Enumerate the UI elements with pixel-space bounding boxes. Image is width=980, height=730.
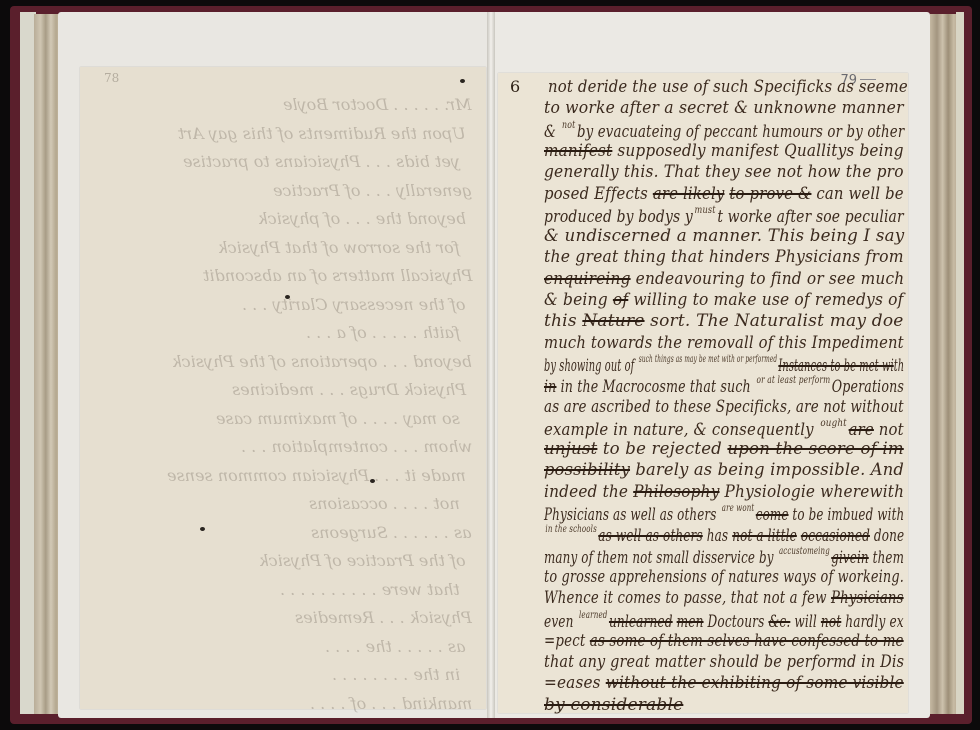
manuscript-line: & undiscerned a manner. This being I say (544, 226, 904, 246)
text-run: Physiologie wherewith (720, 482, 905, 502)
left-folio-mark: 78 (104, 71, 119, 85)
manuscript-line: posed Effects are likely to prove & can … (544, 184, 904, 204)
ghost-line: beyond . . . operations of the Physick (172, 352, 472, 371)
struck-text: are likely (653, 184, 725, 204)
manuscript-line: in in the Macrocosme that such or at lea… (544, 375, 904, 397)
struck-text: Philosophy (633, 482, 719, 502)
struck-text: to prove & (729, 184, 811, 204)
text-run: Doctours (704, 612, 769, 632)
text-run: not (874, 420, 904, 440)
manuscript-line: many of them not small disservice by acc… (544, 546, 904, 568)
text-run: to be imbued wi (789, 505, 892, 525)
interlinear-insertion: accustomeing (779, 546, 830, 557)
text-run: hardly ex (841, 612, 903, 632)
struck-text: enquireing (544, 269, 631, 289)
text-run: & (544, 122, 560, 142)
ghost-line: whom . . . contemplation . . . (241, 437, 472, 456)
manuscript-line: indeed the Philosophy Physiologie wherew… (544, 482, 904, 502)
text-run: not deride the use of such Specificks as… (548, 77, 908, 97)
struck-text: upon the score of im (727, 439, 903, 459)
manuscript-line: this Nature sort. The Naturalist may doe (544, 311, 904, 331)
ghost-line: Physick Drugs . . . medicines (232, 380, 466, 399)
struck-text: of (613, 290, 628, 310)
text-run: barely as being impossible. And (630, 460, 904, 480)
book-gutter (487, 12, 495, 718)
struck-text: without the exhibiting of some visible (606, 673, 904, 693)
text-run: that any great matter should be performd… (544, 652, 904, 672)
struck-text: not a little (732, 526, 797, 546)
text-run: by showing out of (544, 356, 638, 376)
text-run: Whence it comes to passe, that not a few (544, 588, 831, 608)
struck-text: unjust (544, 439, 597, 459)
interlinear-insertion: not (562, 120, 575, 131)
text-run: to worke after a secret & unknowne manne… (544, 98, 904, 118)
ghost-line: Mr. . . . . . Doctor Boyle (283, 95, 472, 114)
manuscript-line: much towards the removall of this Impedi… (544, 333, 904, 353)
struck-text: are (849, 420, 874, 440)
ghost-line: of the necessary Clarity . . . (242, 295, 466, 314)
ghost-line: generally . . . of Practice (273, 181, 472, 200)
struck-text: possibility (544, 460, 630, 480)
ghost-line: in the . . . . . . . . (332, 665, 460, 684)
struck-text: as well as others (598, 526, 702, 546)
text-run: t worke after soe peculiar (717, 207, 903, 227)
text-run: to grosse apprehensions of natures ways … (544, 567, 904, 587)
manuscript-line: by showing out of such things as may be … (544, 354, 904, 376)
right-page-stack (930, 14, 958, 714)
struck-text: &c. (768, 612, 790, 632)
text-run: has (703, 526, 732, 546)
struck-text: Instances to be met wi (778, 356, 893, 376)
struck-text: Nature (582, 311, 644, 331)
ghost-line: so may . . . . of maximum case (216, 409, 460, 428)
ghost-line: as . . . . . . Surgeons (311, 523, 472, 542)
text-run: willing to make use of remedys of (628, 290, 903, 310)
manuscript-line: not deride the use of such Specificks as… (548, 77, 908, 97)
interlinear-insertion: are wont (722, 503, 755, 514)
manuscript-line: the great thing that hinders Physicians … (544, 247, 904, 267)
manuscript-line: manifest supposedly manifest Quallitys b… (544, 141, 904, 161)
text-run: done (870, 526, 904, 546)
struck-text: givein (831, 548, 869, 568)
text-run: th (892, 505, 905, 525)
text-run: posed Effects (544, 184, 653, 204)
text-run: will (790, 612, 821, 632)
ghost-line: of the Practice of Physick (259, 551, 466, 570)
interlinear-insertion: ought (820, 418, 847, 429)
manuscript-line: in the schoolsas well as others has not … (544, 524, 904, 546)
ghost-line: that were . . . . . . . . . . (280, 580, 460, 599)
manuscript-line: & being of willing to make use of remedy… (544, 290, 904, 310)
struck-text: by considerable (544, 695, 683, 715)
text-run: generally this. That they see not how th… (544, 162, 904, 182)
manuscript-line: & notby evacuateing of peccant humours o… (544, 120, 904, 142)
text-run: sort. The Naturalist may doe (645, 311, 904, 331)
struck-text: manifest (544, 141, 612, 161)
ghost-line: beyond the . . . of physick (258, 209, 466, 228)
text-run: indeed the (544, 482, 633, 502)
text-run: & being (544, 290, 613, 310)
ink-spot (460, 79, 465, 83)
manuscript-line: =pect as some of them selves have confes… (544, 631, 904, 651)
ghost-line: as . . . . . the . . . . (325, 637, 466, 656)
text-run: & undiscerned a manner. This being I say (544, 226, 904, 246)
ghost-line: mankind . . . of . . . . (310, 694, 472, 713)
text-run: produced by bodys y (544, 207, 693, 227)
interlinear-insertion: or at least perform (756, 375, 830, 386)
manuscript-line: to grosse apprehensions of natures ways … (544, 567, 904, 587)
text-run: endeavouring to find or see much (631, 269, 905, 289)
ink-spot (200, 527, 205, 531)
manuscript-line: to worke after a secret & unknowne manne… (544, 98, 904, 118)
manuscript-line: that any great matter should be performd… (544, 652, 904, 672)
text-run: by evacuateing of peccant humours or by … (577, 122, 904, 142)
ghost-line: made it . . . Physician common sense (167, 466, 466, 485)
struck-text: men (677, 612, 704, 632)
text-run: th (894, 356, 905, 376)
interlinear-insertion: learned (579, 610, 608, 621)
text-run: as are ascribed to these Specificks, are… (544, 397, 904, 417)
right-manuscript-sheet: 6 79 not deride the use of such Specific… (498, 73, 908, 713)
manuscript-line: possibility barely as being impossible. … (544, 460, 904, 480)
text-run: can well be (811, 184, 903, 204)
text-run: in the Macrocosme that such (556, 377, 755, 397)
manuscript-line: generally this. That they see not how th… (544, 162, 904, 182)
right-board-edge (956, 12, 964, 714)
left-page-stack (34, 14, 60, 714)
ghost-line: not . . . . occasions (309, 494, 460, 513)
struck-text: in (544, 377, 556, 397)
ghost-line: yet bids . . . Physicians to practise (183, 152, 460, 171)
struck-text: as some of them selves have confessed to… (590, 631, 904, 651)
interlinear-insertion: such things as may be met with or perfor… (639, 354, 777, 365)
manuscript-line: Whence it comes to passe, that not a few… (544, 588, 904, 608)
ghost-line: Physicall matters of an abscondit (203, 266, 473, 285)
struck-text: unlearned (609, 612, 673, 632)
struck-text: Physicians (831, 588, 904, 608)
manuscript-line: as are ascribed to these Specificks, are… (544, 397, 904, 417)
manuscript-line: =eases without the exhibiting of some vi… (544, 673, 904, 693)
text-run: Physicians as well as others (544, 505, 720, 525)
struck-text: occasioned (801, 526, 870, 546)
text-run: them (869, 548, 904, 568)
left-manuscript-sheet: 78 Mr. . . . . . Doctor BoyleUpon the Ru… (80, 67, 486, 709)
manuscript-line: by considerable (544, 695, 683, 715)
text-run: to be rejected (597, 439, 727, 459)
ghost-line: for the sorrow of that Physick (218, 238, 460, 257)
text-run: =pect (544, 631, 590, 651)
text-run: much towards the removall of this Impedi… (544, 333, 904, 353)
text-run: example in nature, & consequently (544, 420, 819, 440)
ink-spot (285, 295, 290, 299)
manuscript-line: produced by bodys ymustt worke after soe… (544, 205, 904, 227)
text-run: this (544, 311, 582, 331)
manuscript-line: even learnedunlearned men Doctours &c. w… (544, 610, 904, 632)
text-run: supposedly manifest Quallitys being (612, 141, 903, 161)
text-run: many of them not small disservice by (544, 548, 778, 568)
struck-text: not (821, 612, 841, 632)
ghost-line: Physick . . . Remedies (295, 608, 472, 627)
manuscript-line: unjust to be rejected upon the score of … (544, 439, 904, 459)
text-run: =eases (544, 673, 606, 693)
manuscript-line: example in nature, & consequently oughta… (544, 418, 904, 440)
text-run: even (544, 612, 578, 632)
interlinear-insertion: in the schools (545, 524, 596, 535)
interlinear-insertion: must (695, 205, 716, 216)
struck-text: come (756, 505, 789, 525)
ink-spot (370, 479, 375, 483)
text-run: Operations (832, 377, 904, 397)
ghost-line: faith . . . . . of a . . . (306, 323, 460, 342)
ghost-line: Upon the Rudiments of this gay Art (178, 124, 466, 143)
page-number: 6 (510, 77, 520, 96)
manuscript-line: Physicians as well as others are wontcom… (544, 503, 904, 525)
manuscript-line: enquireing endeavouring to find or see m… (544, 269, 904, 289)
text-run: the great thing that hinders Physicians … (544, 247, 904, 267)
